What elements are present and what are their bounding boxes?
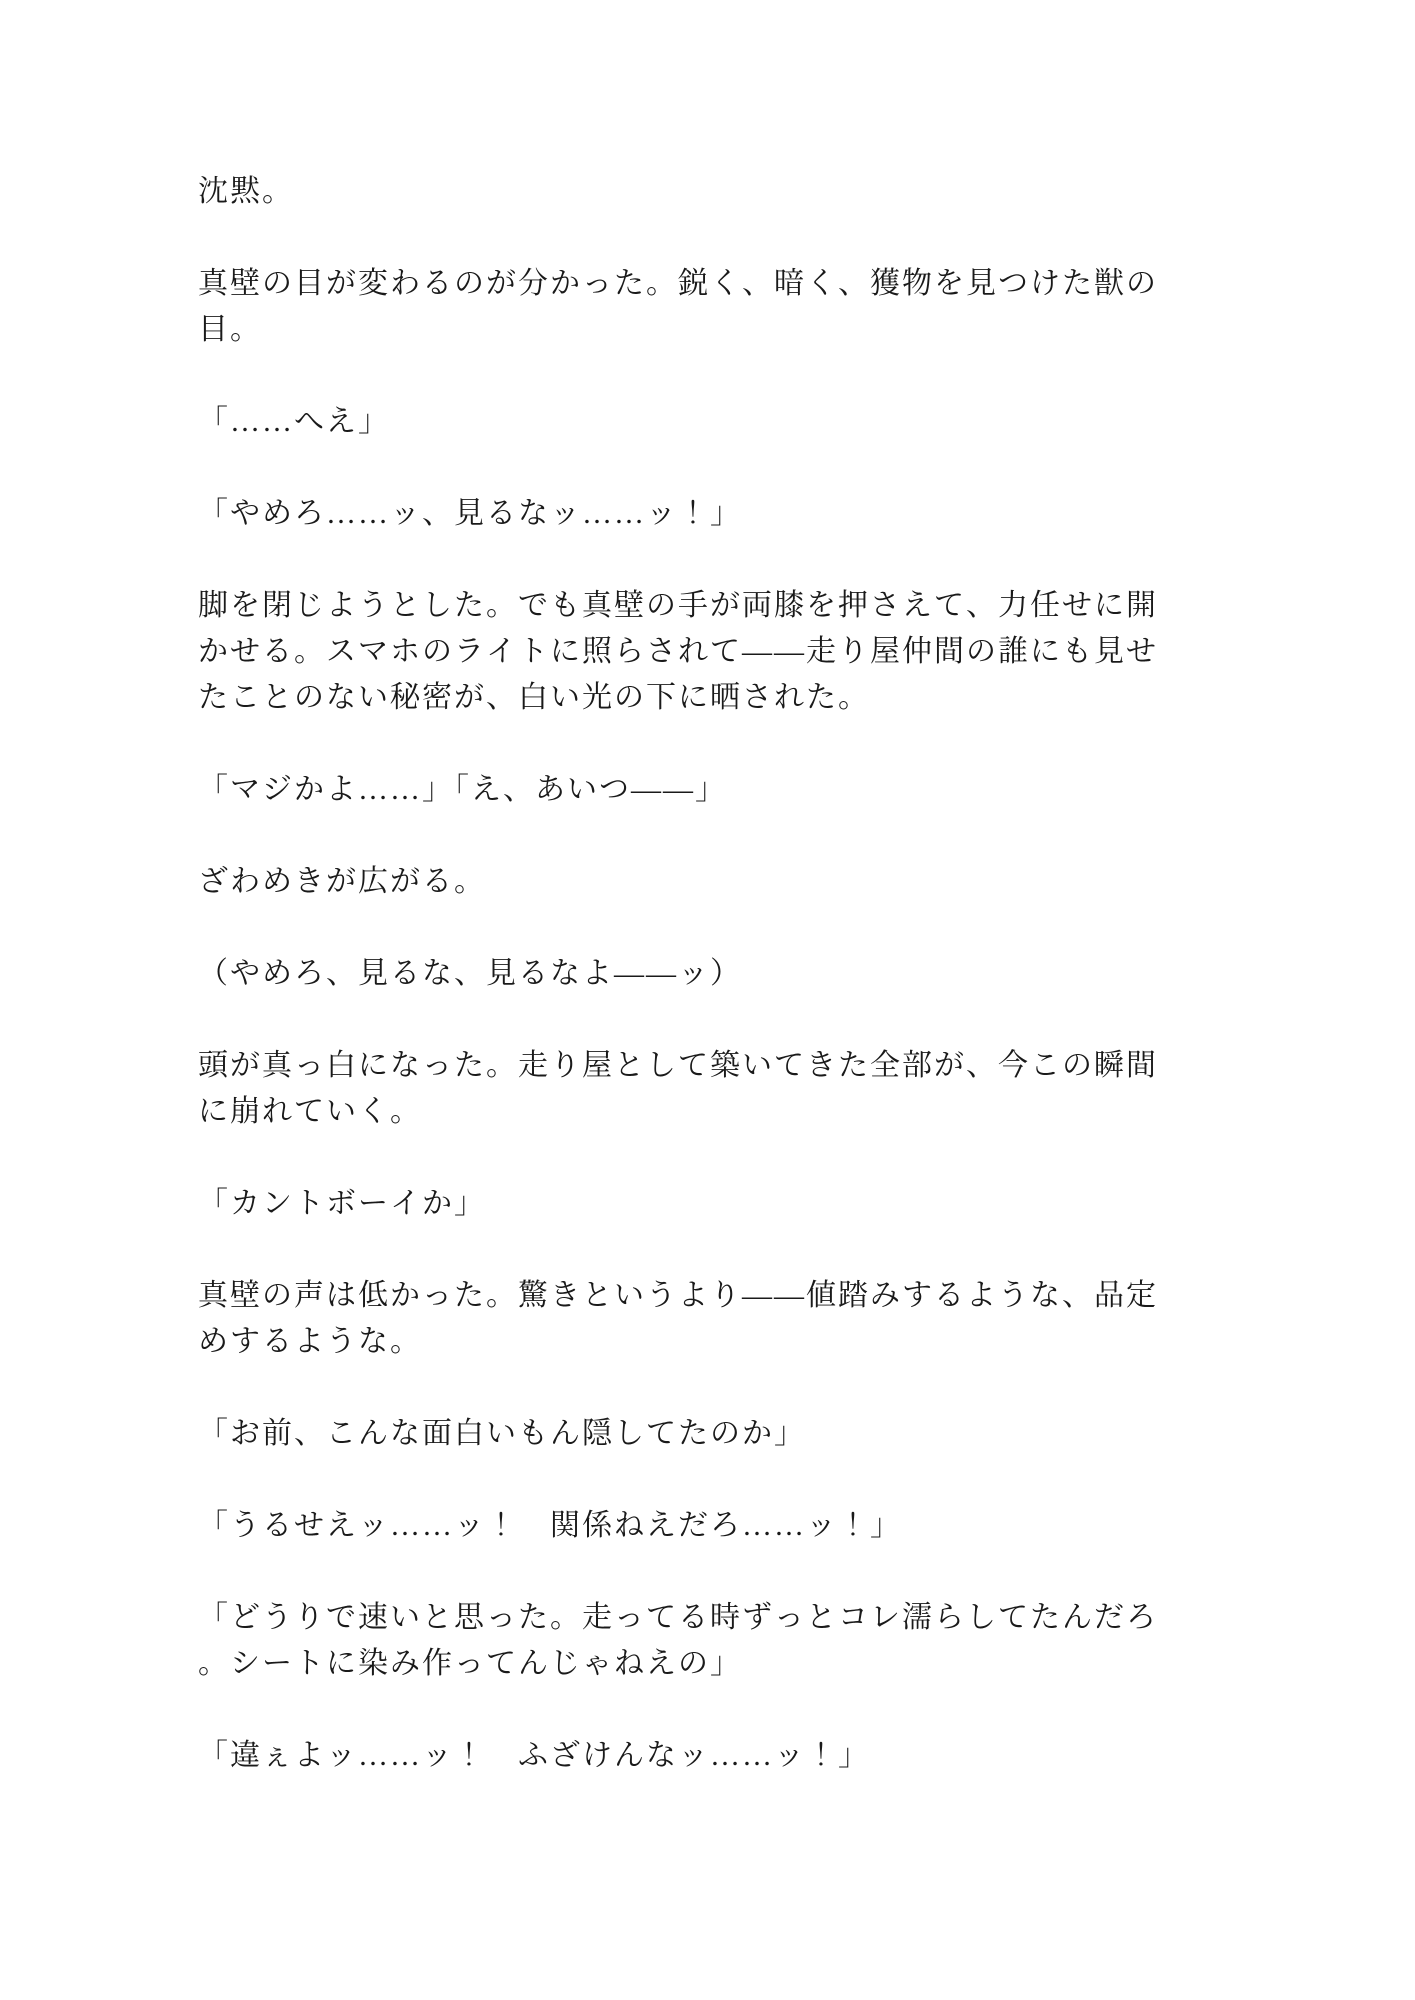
paragraph: 脚を閉じようとした。でも真壁の手が両膝を押さえて、力任せに開かせる。スマホのライ…	[198, 583, 1195, 721]
text-line: 「どうりで速いと思った。走ってる時ずっとコレ濡らしてたんだろ	[198, 1595, 1195, 1641]
text-line: に崩れていく。	[198, 1089, 1195, 1135]
text-line: 「お前、こんな面白いもん隠してたのか」	[198, 1411, 1195, 1457]
text-line: 「違ぇよッ……ッ！ ふざけんなッ……ッ！」	[198, 1733, 1195, 1779]
paragraph: （やめろ、見るな、見るなよ——ッ）	[198, 951, 1195, 997]
text-line: かせる。スマホのライトに照らされて——走り屋仲間の誰にも見せ	[198, 629, 1195, 675]
paragraph: 「マジかよ……」「え、あいつ——」	[198, 767, 1195, 813]
paragraph: 「どうりで速いと思った。走ってる時ずっとコレ濡らしてたんだろ。シートに染み作って…	[198, 1595, 1195, 1687]
paragraph: 「違ぇよッ……ッ！ ふざけんなッ……ッ！」	[198, 1733, 1195, 1779]
paragraph: ざわめきが広がる。	[198, 859, 1195, 905]
text-line: 「カントボーイか」	[198, 1181, 1195, 1227]
text-line: ざわめきが広がる。	[198, 859, 1195, 905]
text-line: 「……へえ」	[198, 399, 1195, 445]
text-line: 目。	[198, 307, 1195, 353]
text-line: 「やめろ……ッ、見るなッ……ッ！」	[198, 491, 1195, 537]
text-line: 真壁の目が変わるのが分かった。鋭く、暗く、獲物を見つけた獣の	[198, 261, 1195, 307]
paragraph: 「やめろ……ッ、見るなッ……ッ！」	[198, 491, 1195, 537]
text-line: 沈黙。	[198, 169, 1195, 215]
paragraph: 沈黙。	[198, 169, 1195, 215]
paragraph: 「……へえ」	[198, 399, 1195, 445]
text-line: 「マジかよ……」「え、あいつ——」	[198, 767, 1195, 813]
paragraph: 「カントボーイか」	[198, 1181, 1195, 1227]
text-line: （やめろ、見るな、見るなよ——ッ）	[198, 951, 1195, 997]
text-line: めするような。	[198, 1319, 1195, 1365]
text-line: 。シートに染み作ってんじゃねえの」	[198, 1641, 1195, 1687]
text-line: 「うるせえッ……ッ！ 関係ねえだろ……ッ！」	[198, 1503, 1195, 1549]
text-line: 真壁の声は低かった。驚きというより——値踏みするような、品定	[198, 1273, 1195, 1319]
text-line: 脚を閉じようとした。でも真壁の手が両膝を押さえて、力任せに開	[198, 583, 1195, 629]
paragraph: 真壁の声は低かった。驚きというより——値踏みするような、品定めするような。	[198, 1273, 1195, 1365]
text-line: 頭が真っ白になった。走り屋として築いてきた全部が、今この瞬間	[198, 1043, 1195, 1089]
text-line: たことのない秘密が、白い光の下に晒された。	[198, 675, 1195, 721]
document-page: 沈黙。真壁の目が変わるのが分かった。鋭く、暗く、獲物を見つけた獣の目。「……へえ…	[0, 0, 1415, 2000]
paragraph: 「お前、こんな面白いもん隠してたのか」	[198, 1411, 1195, 1457]
paragraph: 頭が真っ白になった。走り屋として築いてきた全部が、今この瞬間に崩れていく。	[198, 1043, 1195, 1135]
paragraph: 「うるせえッ……ッ！ 関係ねえだろ……ッ！」	[198, 1503, 1195, 1549]
text-content: 沈黙。真壁の目が変わるのが分かった。鋭く、暗く、獲物を見つけた獣の目。「……へえ…	[198, 169, 1195, 1779]
paragraph: 真壁の目が変わるのが分かった。鋭く、暗く、獲物を見つけた獣の目。	[198, 261, 1195, 353]
